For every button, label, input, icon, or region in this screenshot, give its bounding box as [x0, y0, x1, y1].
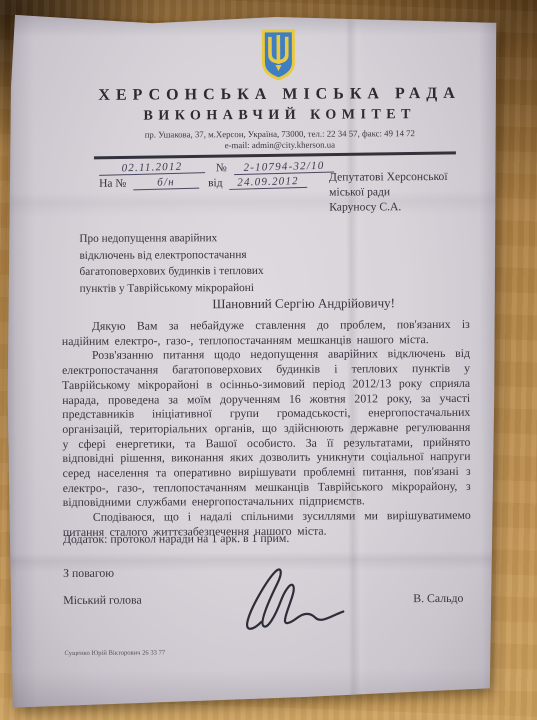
addressee-line: Депутатові Херсонської: [329, 169, 448, 185]
body-paragraph: Дякую Вам за небайдуже ставлення до проб…: [62, 317, 470, 349]
subject-line: Про недопущення аварійних: [79, 230, 263, 247]
salutation: Шановний Сергію Андрійовичу!: [34, 294, 537, 313]
organization-name: ХЕРСОНСЬКА МІСЬКА РАДА: [33, 85, 527, 106]
addressee-block: Депутатові Херсонської міської ради Кару…: [329, 169, 448, 215]
paper-shadow: ХЕРСОНСЬКА МІСЬКА РАДА ВИКОНАВЧИЙ КОМІТЕ…: [0, 0, 537, 720]
ukraine-trident-emblem-icon: [260, 28, 296, 87]
incoming-reference-line: На № б/н від 24.09.2012: [99, 176, 307, 190]
from-date-label: від: [208, 177, 223, 189]
executor-contact: Сущенко Юрій Вікторович 26 33 77: [65, 649, 166, 657]
handwritten-outgoing-date: 02.11.2012: [99, 160, 205, 176]
signer-name: В. Сальдо: [413, 591, 463, 606]
addressee-line: міської ради: [329, 184, 448, 200]
closing-regards: З повагою: [63, 566, 114, 581]
number-sign-label: №: [216, 162, 227, 174]
subject-block: Про недопущення аварійних відключень від…: [79, 230, 263, 297]
handwritten-signature-icon: [223, 559, 349, 653]
body-paragraph: Розв'язанню питання щодо недопущення ава…: [62, 346, 471, 510]
subject-line: відключень від електропостачання: [79, 246, 263, 263]
handwritten-reply-number: б/н: [133, 176, 199, 191]
organization-subtitle: ВИКОНАВЧИЙ КОМІТЕТ: [33, 107, 527, 126]
letter-body: Дякую Вам за небайдуже ставлення до проб…: [62, 317, 471, 540]
subject-line: пунктів у Таврійському мікрорайоні: [80, 279, 264, 296]
attachment-note: Додаток: протокол наради на 1 арк. в 1 п…: [63, 531, 289, 547]
letter-sheet: ХЕРСОНСЬКА МІСЬКА РАДА ВИКОНАВЧИЙ КОМІТЕ…: [4, 7, 502, 714]
signer-position: Міський голова: [63, 593, 141, 608]
reply-number-label: На №: [99, 178, 126, 190]
letterhead-rule: [94, 151, 456, 159]
handwritten-incoming-date: 24.09.2012: [229, 175, 307, 190]
addressee-line: Каруносу С.А.: [329, 199, 448, 215]
photo-of-letter: ХЕРСОНСЬКА МІСЬКА РАДА ВИКОНАВЧИЙ КОМІТЕ…: [0, 0, 537, 720]
letterhead-email: e-mail: admin@city.kherson.ua: [33, 139, 527, 152]
handwritten-outgoing-number: 2-10794-32/10: [234, 160, 334, 176]
subject-line: багатоповерхових будинків і теплових: [79, 263, 263, 280]
outgoing-reference-line: 02.11.2012 № 2-10794-32/10: [99, 161, 334, 175]
